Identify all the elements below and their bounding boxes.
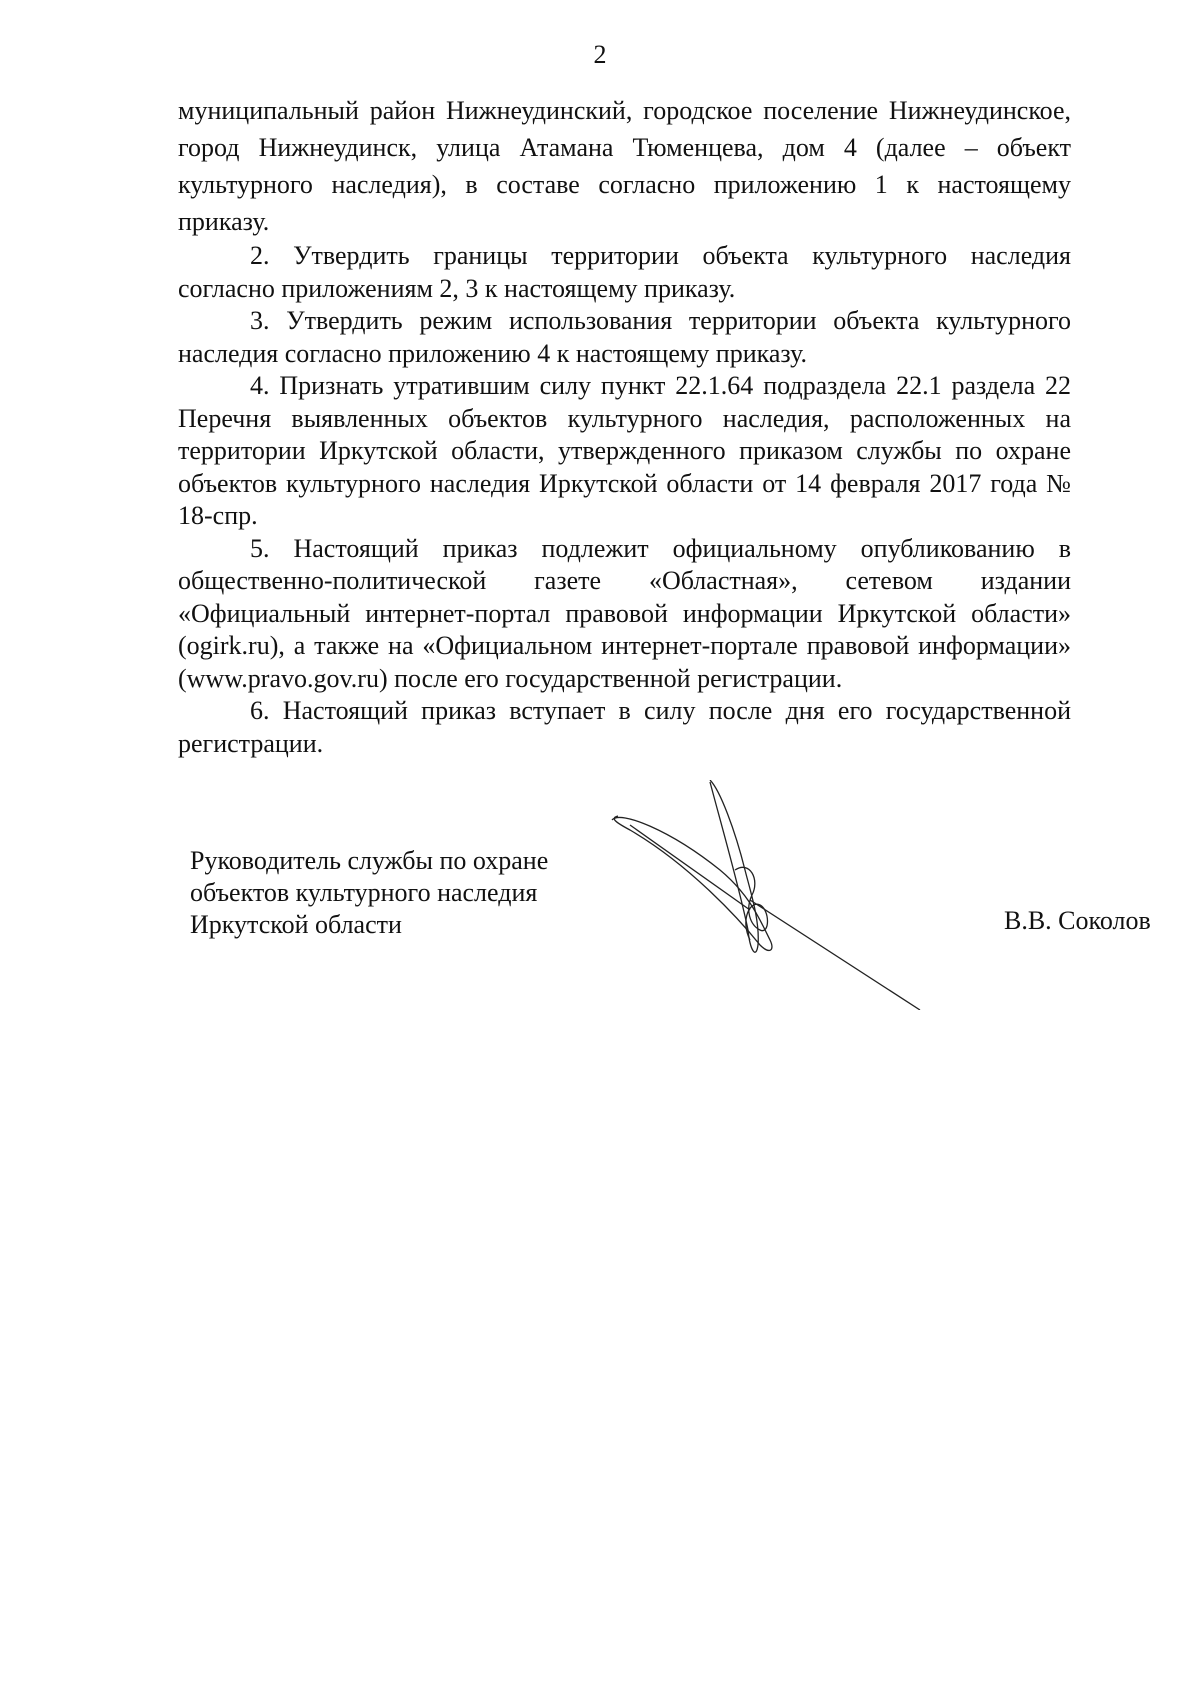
signatory-name: В.В. Соколов bbox=[1004, 906, 1151, 936]
handwritten-signature-icon bbox=[610, 780, 1030, 1010]
paragraph-item-2: 2. Утвердить границы территории объекта … bbox=[178, 240, 1071, 305]
paragraph-item-4: 4. Признать утратившим силу пункт 22.1.6… bbox=[178, 370, 1071, 533]
page-number: 2 bbox=[0, 40, 1200, 70]
signatory-title-line: Иркутской области bbox=[190, 909, 548, 941]
paragraph-item-3: 3. Утвердить режим использования террито… bbox=[178, 305, 1071, 370]
paragraph-continuation: муниципальный район Нижнеудинский, город… bbox=[178, 92, 1071, 240]
signatory-title-line: Руководитель службы по охране bbox=[190, 845, 548, 877]
signatory-title: Руководитель службы по охране объектов к… bbox=[190, 845, 548, 941]
signatory-title-line: объектов культурного наследия bbox=[190, 877, 548, 909]
document-body: муниципальный район Нижнеудинский, город… bbox=[178, 92, 1071, 760]
paragraph-item-6: 6. Настоящий приказ вступает в силу посл… bbox=[178, 695, 1071, 760]
paragraph-item-5: 5. Настоящий приказ подлежит официальном… bbox=[178, 533, 1071, 696]
